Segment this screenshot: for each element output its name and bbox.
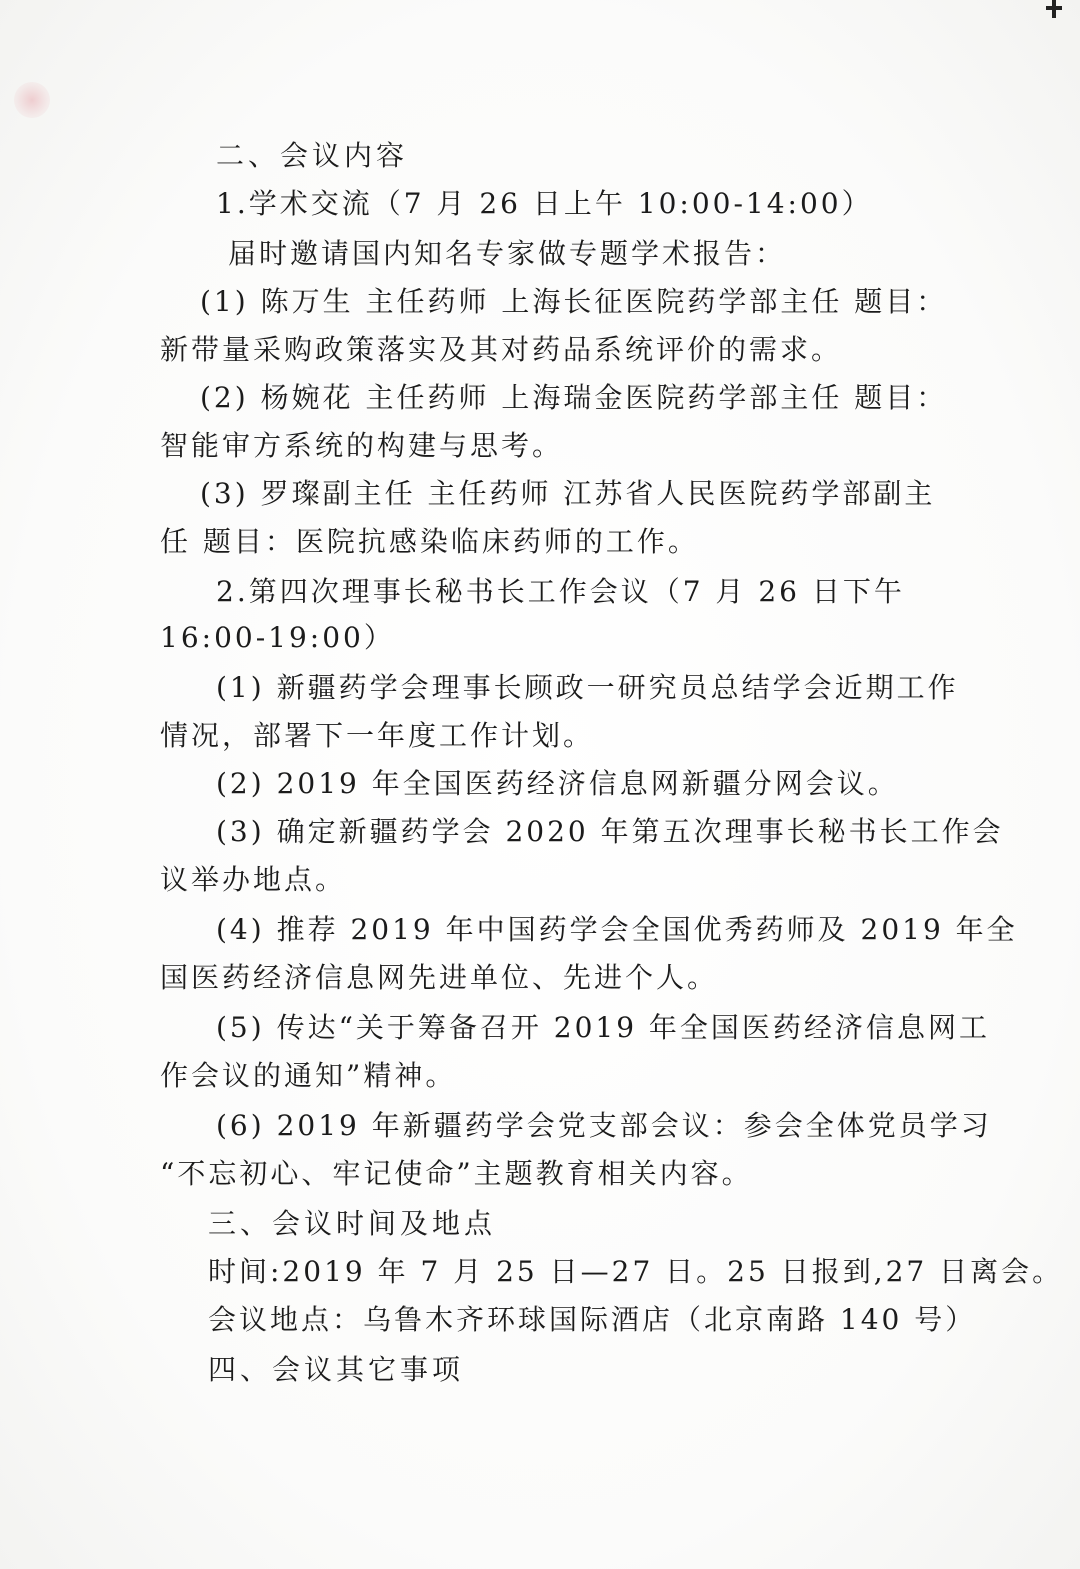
item2-title-line2: 16:00-19:00）: [160, 620, 395, 656]
talk-2-line1: (2) 杨婉花 主任药师 上海瑞金医院药学部主任 题目：: [200, 380, 947, 416]
item2-title-line1: 2.第四次理事长秘书长工作会议（7 月 26 日下午: [216, 574, 905, 610]
section2-heading: 二、会议内容: [216, 138, 408, 174]
section3-heading: 三、会议时间及地点: [208, 1206, 496, 1242]
agenda-4-line1: (4) 推荐 2019 年中国药学会全国优秀药师及 2019 年全: [216, 912, 1018, 948]
talk-1-line1: (1) 陈万生 主任药师 上海长征医院药学部主任 题目：: [200, 284, 947, 320]
corner-registration-mark: [1046, 0, 1066, 22]
section4-heading: 四、会议其它事项: [208, 1352, 464, 1388]
talk-3-line1: (3) 罗璨副主任 主任药师 江苏省人民医院药学部副主: [200, 476, 935, 512]
agenda-4-line2: 国医药经济信息网先进单位、先进个人。: [160, 960, 718, 996]
talk-3-line2: 任 题目：医院抗感染临床药师的工作。: [160, 524, 699, 560]
meeting-venue: 会议地点：乌鲁木齐环球国际酒店（北京南路 140 号）: [208, 1302, 976, 1338]
agenda-2-line1: (2) 2019 年全国医药经济信息网新疆分网会议。: [216, 766, 899, 802]
agenda-5-line2: 作会议的通知”精神。: [160, 1058, 456, 1094]
document-page: 二、会议内容 1.学术交流（7 月 26 日上午 10:00-14:00） 届时…: [0, 0, 1080, 1569]
meeting-time: 时间:2019 年 7 月 25 日—27 日。25 日报到,27 日离会。: [208, 1254, 1063, 1290]
red-stamp-smudge: [14, 82, 50, 118]
agenda-1-line2: 情况，部署下一年度工作计划。: [160, 718, 594, 754]
agenda-6-line2: “不忘初心、牢记使命”主题教育相关内容。: [160, 1156, 753, 1192]
item1-intro: 届时邀请国内知名专家做专题学术报告：: [228, 236, 786, 272]
talk-2-line2: 智能审方系统的构建与思考。: [160, 428, 563, 464]
agenda-6-line1: (6) 2019 年新疆药学会党支部会议：参会全体党员学习: [216, 1108, 992, 1144]
agenda-3-line1: (3) 确定新疆药学会 2020 年第五次理事长秘书长工作会: [216, 814, 1004, 850]
agenda-5-line1: (5) 传达“关于筹备召开 2019 年全国医药经济信息网工: [216, 1010, 990, 1046]
item1-title: 1.学术交流（7 月 26 日上午 10:00-14:00）: [216, 186, 873, 222]
agenda-1-line1: (1) 新疆药学会理事长顾政一研究员总结学会近期工作: [216, 670, 959, 706]
agenda-3-line2: 议举办地点。: [160, 862, 346, 898]
talk-1-line2: 新带量采购政策落实及其对药品系统评价的需求。: [160, 332, 842, 368]
